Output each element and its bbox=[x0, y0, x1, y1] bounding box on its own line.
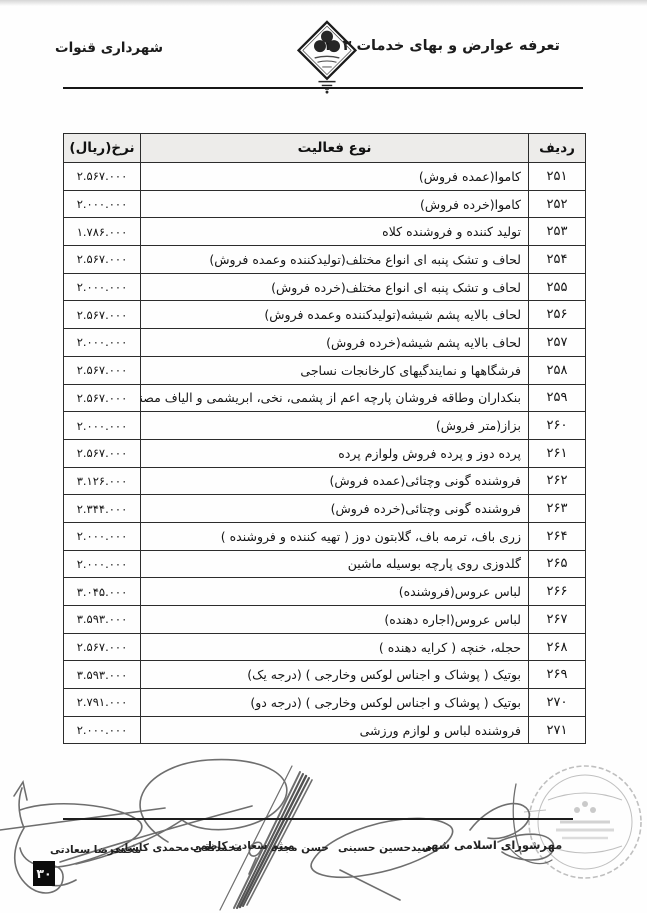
table-row: ۲۵۵لحاف و تشک پنبه ای انواع مختلف(خرده ف… bbox=[64, 273, 586, 301]
activity-cell: حجله، خنچه ( کرایه دهنده ) bbox=[141, 633, 529, 661]
table-row: ۲۵۲کاموا(خرده فروش)۲.۰۰۰.۰۰۰ bbox=[64, 190, 586, 218]
signatures-and-stamp-area bbox=[0, 750, 647, 913]
row-number-cell: ۲۵۷ bbox=[529, 329, 586, 357]
table-row: ۲۵۸فرشگاهها و نمایندگیهای کارخانجات نساج… bbox=[64, 356, 586, 384]
tariff-table: ردیف نوع فعالیت نرخ(ریال) ۲۵۱کاموا(عمده … bbox=[63, 133, 586, 744]
table-row: ۲۵۱کاموا(عمده فروش)۲.۵۶۷.۰۰۰ bbox=[64, 163, 586, 191]
rate-cell: ۲.۵۶۷.۰۰۰ bbox=[64, 384, 141, 412]
document-page: تعرفه عوارض و بهای خدمات ۱۴۰۳ شهرداری قن… bbox=[0, 0, 647, 913]
column-header-row-number: ردیف bbox=[529, 134, 586, 163]
table-row: ۲۶۶لباس عروس(فروشنده)۳.۰۴۵.۰۰۰ bbox=[64, 578, 586, 606]
signature-line bbox=[63, 818, 573, 820]
rate-cell: ۲.۰۰۰.۰۰۰ bbox=[64, 412, 141, 440]
activity-cell: کاموا(عمده فروش) bbox=[141, 163, 529, 191]
rate-cell: ۲.۰۰۰.۰۰۰ bbox=[64, 522, 141, 550]
row-number-cell: ۲۶۴ bbox=[529, 522, 586, 550]
row-number-cell: ۲۶۷ bbox=[529, 606, 586, 634]
row-number-cell: ۲۶۵ bbox=[529, 550, 586, 578]
activity-cell: فروشنده لباس و لوازم ورزشی bbox=[141, 716, 529, 744]
signatory-name: محمدرضا سعادتی bbox=[50, 844, 141, 856]
activity-cell: فروشنده گونی وچتائی(عمده فروش) bbox=[141, 467, 529, 495]
activity-cell: لحاف و تشک پنبه ای انواع مختلف(خرده فروش… bbox=[141, 273, 529, 301]
organization-name: شهرداری قنوات bbox=[55, 40, 163, 56]
rate-cell: ۳.۱۲۶.۰۰۰ bbox=[64, 467, 141, 495]
rate-cell: ۲.۰۰۰.۰۰۰ bbox=[64, 190, 141, 218]
table-row: ۲۵۷لحاف بالایه پشم شیشه(خرده فروش)۲.۰۰۰.… bbox=[64, 329, 586, 357]
rate-cell: ۲.۵۶۷.۰۰۰ bbox=[64, 439, 141, 467]
row-number-cell: ۲۵۱ bbox=[529, 163, 586, 191]
table-row: ۲۶۵گلدوزی روی پارچه بوسیله ماشین۲.۰۰۰.۰۰… bbox=[64, 550, 586, 578]
row-number-cell: ۲۶۱ bbox=[529, 439, 586, 467]
activity-cell: بزاز(متر فروش) bbox=[141, 412, 529, 440]
row-number-cell: ۲۵۳ bbox=[529, 218, 586, 246]
table-row: ۲۶۹بوتیک ( پوشاک و اجناس لوکس وخارجی ) (… bbox=[64, 661, 586, 689]
row-number-cell: ۲۵۹ bbox=[529, 384, 586, 412]
activity-cell: لحاف بالایه پشم شیشه(خرده فروش) bbox=[141, 329, 529, 357]
header-divider bbox=[63, 87, 583, 89]
row-number-cell: ۲۶۹ bbox=[529, 661, 586, 689]
rate-cell: ۲.۰۰۰.۰۰۰ bbox=[64, 550, 141, 578]
table-row: ۲۶۴زری باف، ترمه باف، گلابتون دوز ( تهیه… bbox=[64, 522, 586, 550]
activity-cell: فرشگاهها و نمایندگیهای کارخانجات نساجی bbox=[141, 356, 529, 384]
table-row: ۲۵۳تولید کننده و فروشنده کلاه۱.۷۸۶.۰۰۰ bbox=[64, 218, 586, 246]
council-round-stamp-icon bbox=[524, 766, 641, 878]
row-number-cell: ۲۶۳ bbox=[529, 495, 586, 523]
activity-cell: تولید کننده و فروشنده کلاه bbox=[141, 218, 529, 246]
table-row: ۲۶۲فروشنده گونی وچتائی(عمده فروش)۳.۱۲۶.۰… bbox=[64, 467, 586, 495]
table-header-row: ردیف نوع فعالیت نرخ(ریال) bbox=[64, 134, 586, 163]
activity-cell: کاموا(خرده فروش) bbox=[141, 190, 529, 218]
row-number-cell: ۲۵۴ bbox=[529, 246, 586, 274]
row-number-cell: ۲۶۶ bbox=[529, 578, 586, 606]
rate-cell: ۳.۵۹۳.۰۰۰ bbox=[64, 606, 141, 634]
activity-cell: لباس عروس(اجاره دهنده) bbox=[141, 606, 529, 634]
column-header-activity: نوع فعالیت bbox=[141, 134, 529, 163]
table-row: ۲۷۱فروشنده لباس و لوازم ورزشی۲.۰۰۰.۰۰۰ bbox=[64, 716, 586, 744]
rate-cell: ۲.۵۶۷.۰۰۰ bbox=[64, 246, 141, 274]
activity-cell: فروشنده گونی وچتائی(خرده فروش) bbox=[141, 495, 529, 523]
table-row: ۲۶۱پرده دوز و پرده فروش ولوازم پرده۲.۵۶۷… bbox=[64, 439, 586, 467]
row-number-cell: ۲۵۶ bbox=[529, 301, 586, 329]
table-row: ۲۶۳فروشنده گونی وچتائی(خرده فروش)۲.۳۴۴.۰… bbox=[64, 495, 586, 523]
row-number-cell: ۲۶۰ bbox=[529, 412, 586, 440]
rate-cell: ۱.۷۸۶.۰۰۰ bbox=[64, 218, 141, 246]
rate-cell: ۳.۰۴۵.۰۰۰ bbox=[64, 578, 141, 606]
table-row: ۲۵۹بنکداران وطاقه فروشان پارچه اعم از پش… bbox=[64, 384, 586, 412]
activity-cell: بوتیک ( پوشاک و اجناس لوکس وخارجی ) (درج… bbox=[141, 689, 529, 717]
rate-cell: ۲.۵۶۷.۰۰۰ bbox=[64, 633, 141, 661]
row-number-cell: ۲۶۸ bbox=[529, 633, 586, 661]
activity-cell: لحاف بالایه پشم شیشه(تولیدکننده وعمده فر… bbox=[141, 301, 529, 329]
rate-cell: ۲.۰۰۰.۰۰۰ bbox=[64, 329, 141, 357]
activity-cell: بنکداران وطاقه فروشان پارچه اعم از پشمی،… bbox=[141, 384, 529, 412]
rate-cell: ۲.۳۴۴.۰۰۰ bbox=[64, 495, 141, 523]
row-number-cell: ۲۵۸ bbox=[529, 356, 586, 384]
column-header-rate: نرخ(ریال) bbox=[64, 134, 141, 163]
row-number-cell: ۲۷۰ bbox=[529, 689, 586, 717]
table-row: ۲۷۰بوتیک ( پوشاک و اجناس لوکس وخارجی ) (… bbox=[64, 689, 586, 717]
row-number-cell: ۲۵۵ bbox=[529, 273, 586, 301]
signatory-name: سیدحسین حسینی bbox=[338, 842, 432, 854]
scan-edge-shadow bbox=[0, 0, 647, 6]
rate-cell: ۳.۵۹۳.۰۰۰ bbox=[64, 661, 141, 689]
page-number-badge: ۳۰ bbox=[33, 861, 55, 886]
activity-cell: لباس عروس(فروشنده) bbox=[141, 578, 529, 606]
rate-cell: ۲.۵۶۷.۰۰۰ bbox=[64, 301, 141, 329]
table-row: ۲۵۴لحاف و تشک پنبه ای انواع مختلف(تولیدک… bbox=[64, 246, 586, 274]
rate-cell: ۲.۷۹۱.۰۰۰ bbox=[64, 689, 141, 717]
rate-cell: ۲.۰۰۰.۰۰۰ bbox=[64, 716, 141, 744]
activity-cell: زری باف، ترمه باف، گلابتون دوز ( تهیه کن… bbox=[141, 522, 529, 550]
table-row: ۲۶۰بزاز(متر فروش)۲.۰۰۰.۰۰۰ bbox=[64, 412, 586, 440]
activity-cell: پرده دوز و پرده فروش ولوازم پرده bbox=[141, 439, 529, 467]
signatory-name: مهرشورای اسلامی شهر bbox=[424, 838, 562, 852]
activity-cell: لحاف و تشک پنبه ای انواع مختلف(تولیدکنند… bbox=[141, 246, 529, 274]
activity-cell: گلدوزی روی پارچه بوسیله ماشین bbox=[141, 550, 529, 578]
row-number-cell: ۲۶۲ bbox=[529, 467, 586, 495]
rate-cell: ۲.۰۰۰.۰۰۰ bbox=[64, 273, 141, 301]
rate-cell: ۲.۵۶۷.۰۰۰ bbox=[64, 356, 141, 384]
row-number-cell: ۲۷۱ bbox=[529, 716, 586, 744]
municipality-emblem-icon bbox=[296, 20, 358, 94]
table-row: ۲۶۷لباس عروس(اجاره دهنده)۳.۵۹۳.۰۰۰ bbox=[64, 606, 586, 634]
row-number-cell: ۲۵۲ bbox=[529, 190, 586, 218]
activity-cell: بوتیک ( پوشاک و اجناس لوکس وخارجی ) (درج… bbox=[141, 661, 529, 689]
rate-cell: ۲.۵۶۷.۰۰۰ bbox=[64, 163, 141, 191]
table-row: ۲۶۸حجله، خنچه ( کرایه دهنده )۲.۵۶۷.۰۰۰ bbox=[64, 633, 586, 661]
handwritten-signatures bbox=[0, 760, 554, 910]
table-row: ۲۵۶لحاف بالایه پشم شیشه(تولیدکننده وعمده… bbox=[64, 301, 586, 329]
